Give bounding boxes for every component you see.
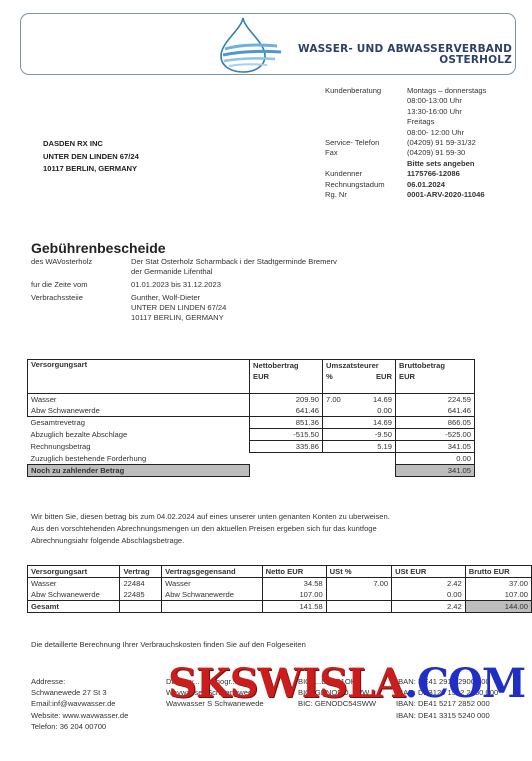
contact-row: 08:00-13:00 Uhr <box>325 96 486 106</box>
payment-instructions: Wir bitten Sie, diesen betrag bis zum 04… <box>31 511 521 547</box>
contact-row: KundenberatungMontags – donnerstags <box>325 86 486 96</box>
table-row: Wasser22484Wasser34.587.002.4237.00 <box>28 578 532 590</box>
contact-row: Fax(04209) 91 59-30 <box>325 148 486 158</box>
meta-row: fur die Zeite vom01.01.2023 bis 31.12.20… <box>31 280 337 290</box>
footer-iban: IBAN: DE41 2915 2900 000IBAN: DE3129 151… <box>396 676 498 721</box>
meta-row: des WAVosterholzDer Stat Osterholz Schar… <box>31 257 337 277</box>
contact-row: Bitte sets angeben <box>325 159 486 169</box>
table-row: Abzuglich bezalte Abschlage-515.50-9.50-… <box>28 429 475 441</box>
table-row: Rechnungsbetrag335.865.19341.05 <box>28 441 475 453</box>
page-title: Gebührenbescheide <box>31 240 166 256</box>
recipient-name: DASDEN RX INC <box>43 138 139 151</box>
bescheid-meta: des WAVosterholzDer Stat Osterholz Schar… <box>31 257 337 326</box>
contact-row: Freitags <box>325 117 486 127</box>
contact-row: Rechnungstadum06.01.2024 <box>325 180 486 190</box>
recipient-address: DASDEN RX INC UNTER DEN LINDEN 67/24 101… <box>43 138 139 176</box>
footer-banks: Dankew... Bischogr...Wavwasser Schwanewe… <box>166 676 264 710</box>
recipient-city: 10117 BERLIN, GERMANY <box>43 163 139 176</box>
table-header-row: Versorgungsart NettobertragEUR Umszatste… <box>28 360 475 383</box>
org-name: WASSER- UND ABWASSERVERBAND OSTERHOLZ <box>298 44 512 66</box>
table-total-row: Gesamt141.582.42144.00 <box>28 601 532 613</box>
table-row: Abw Schwanewerde22485Abw Schwanewerde107… <box>28 589 532 601</box>
contact-row: 13:30-16:00 Uhr <box>325 107 486 117</box>
table-row: Abw Schwanewerde641.460.00641.46 <box>28 405 475 417</box>
footer-address: Addresse:Schwanewede 27 St 3Email:inf@wa… <box>31 676 128 732</box>
recipient-street: UNTER DEN LINDEN 67/24 <box>43 151 139 164</box>
contact-row: Rg. Nr0001-ARV-2020-11046 <box>325 190 486 200</box>
installment-table: VersorgungsartVertragVertragsgegensandNe… <box>27 565 532 613</box>
footer-bic: BIC: ...DEZ21OHZBIC: GENODO...WWBIC: GEN… <box>298 676 376 710</box>
meta-row: VerbrachssteiieGunther, Wolf-DieterUNTER… <box>31 293 337 323</box>
table-row: Wasser209.907.0014.69224.59 <box>28 394 475 406</box>
contact-row: 08:00- 12:00 Uhr <box>325 128 486 138</box>
table-row: Zuzuglich bestehende Forderhung0.00 <box>28 453 475 465</box>
table-row: Gesamtrevetrag851.3614.69866.05 <box>28 417 475 429</box>
contact-info: KundenberatungMontags – donnerstags08:00… <box>325 86 486 200</box>
contact-row: Kundenner1175766-12086 <box>325 169 486 179</box>
table-row: Noch zu zahlender Betrag341.05 <box>28 465 475 477</box>
billing-summary-table: Versorgungsart NettobertragEUR Umszatste… <box>27 359 475 477</box>
detail-note: Die detaillerte Berechnung Ihrer Verbrau… <box>31 640 306 649</box>
table-header-row: VersorgungsartVertragVertragsgegensandNe… <box>28 566 532 578</box>
contact-row: Service- Telefon(04209) 91 59-31/32 <box>325 138 486 148</box>
water-drop-icon <box>205 16 285 74</box>
